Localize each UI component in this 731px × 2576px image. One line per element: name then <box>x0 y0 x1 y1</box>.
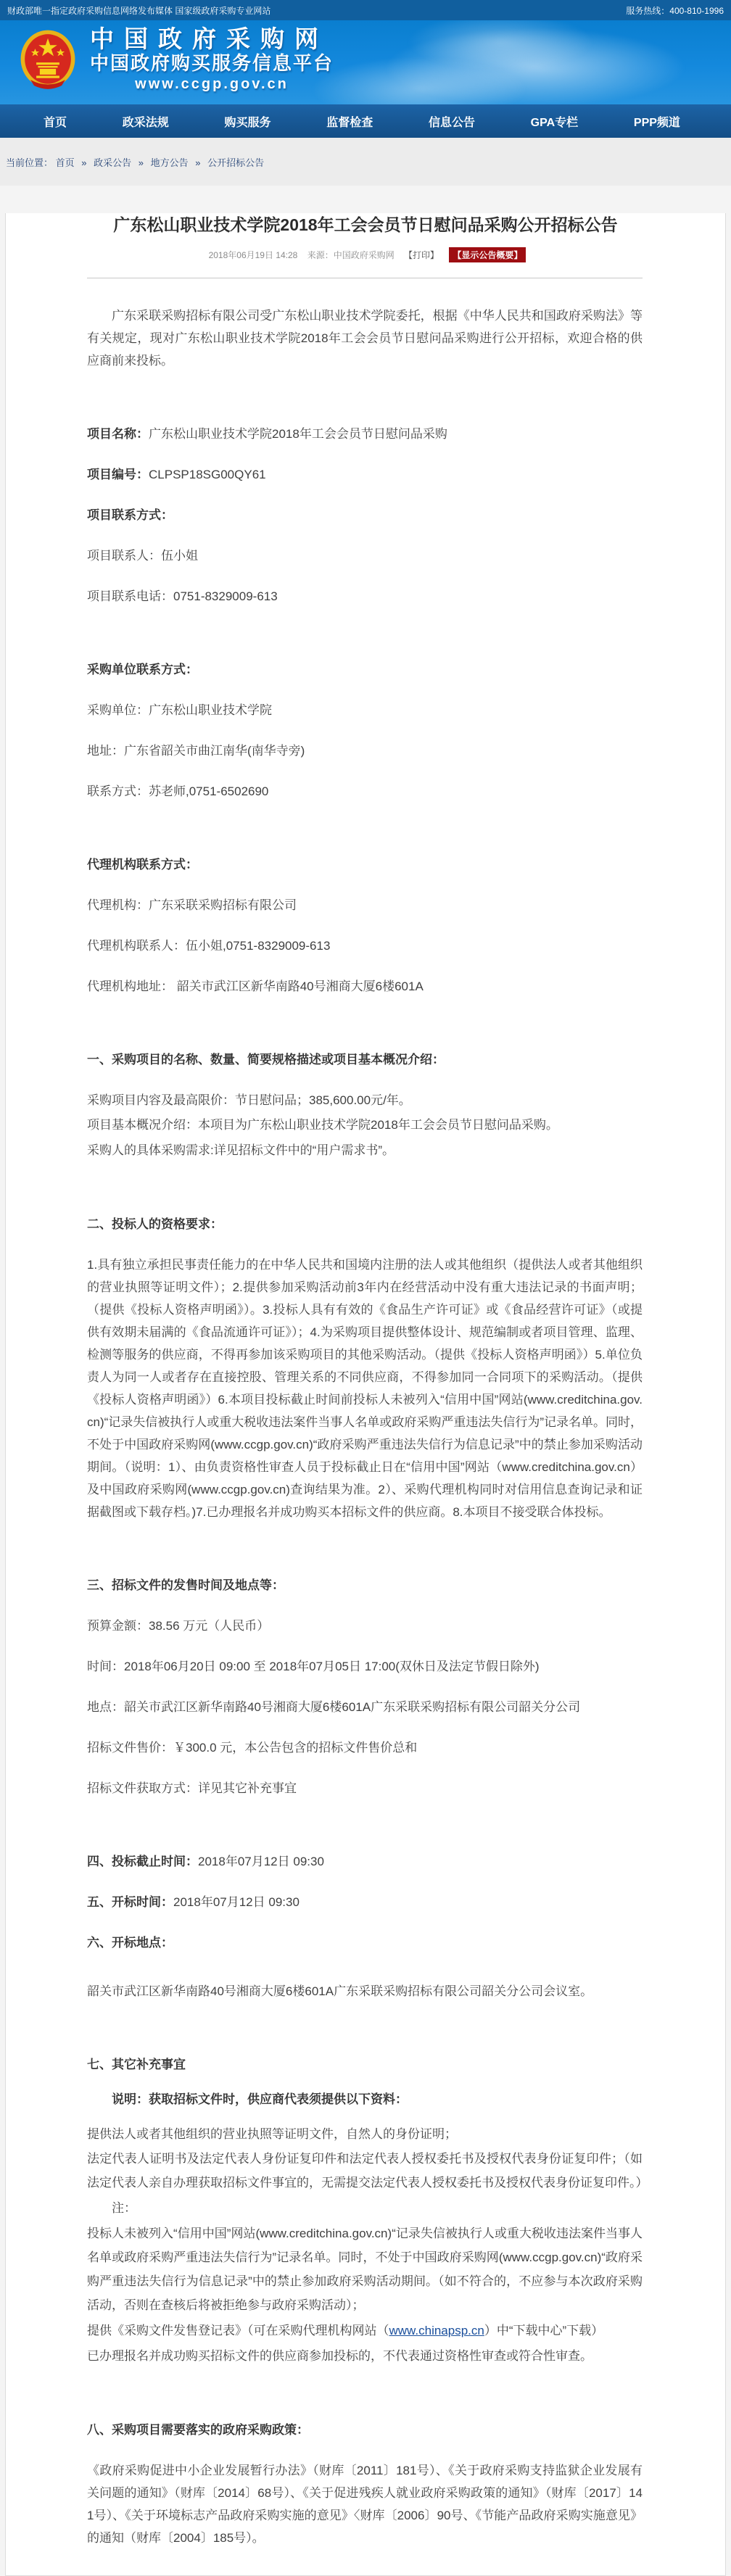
field-label: 项目名称： <box>87 427 149 441</box>
inline-link[interactable]: www.chinapsp.cn <box>389 2324 484 2337</box>
title-divider <box>87 278 643 278</box>
text-run: 项目基本概况介绍：本项目为广东松山职业技术学院2018年工会会员节日慰问品采购。 <box>87 1118 558 1132</box>
article-source: 来源：中国政府采购网 <box>307 250 395 260</box>
text-run: 已办理报名并成功购买招标文件的供应商参加投标的，不代表通过资格性审查或符合性审查… <box>87 2349 592 2363</box>
field-label: 五、开标时间： <box>87 1895 173 1909</box>
purchaser-name: 采购单位：广东松山职业技术学院 <box>87 699 643 721</box>
content-and-price-limit: 采购项目内容及最高限价：节日慰问品；385,600.00元/年。 <box>87 1089 643 1111</box>
text-run: 投标人未被列入“信用中国”网站(www.creditchina.gov.cn)“… <box>87 2227 643 2312</box>
show-summary-button[interactable]: 【显示公告概要】 <box>449 247 526 262</box>
requirement-note: 采购人的具体采购需求:详见招标文件中的“用户需求书”。 <box>87 1138 643 1162</box>
project-contact-phone: 项目联系电话：0751-8329009-613 <box>87 585 643 608</box>
text-run: 广东松山职业技术学院2018年工会会员节日慰问品采购 <box>149 427 447 441</box>
text-run: 注： <box>112 2201 136 2215</box>
breadcrumb-item-open-tender[interactable]: 公开招标公告 <box>207 157 264 168</box>
text-run: 招标文件获取方式：详见其它补充事宜 <box>87 1781 297 1795</box>
text-run: 一、采购项目的名称、数量、简要规格描述或项目基本概况介绍： <box>87 1053 445 1067</box>
text-run: 代理机构：广东采联采购招标有限公司 <box>87 898 297 912</box>
text-run: 韶关市武江区新华南路40号湘商大厦6楼601A广东采联采购招标有限公司韶关分公司… <box>87 1984 592 1998</box>
text-run: 二、投标人的资格要求： <box>87 1217 223 1231</box>
text-run: 八、采购项目需要落实的政府采购政策： <box>87 2423 309 2437</box>
section-7-heading: 七、其它补充事宜 <box>87 2053 643 2076</box>
text-run: 采购单位联系方式： <box>87 663 198 676</box>
text-run: 时间：2018年06月20日 09:00 至 2018年07月05日 17:00… <box>87 1660 540 1673</box>
budget-amount: 预算金额：38.56 万元（人民币） <box>87 1615 643 1637</box>
text-run: 广东采联采购招标有限公司受广东松山职业技术学院委托，根据《中华人民共和国政府采购… <box>87 309 643 368</box>
purchaser-address: 地址：广东省韶关市曲江南华(南华寺旁) <box>87 740 643 762</box>
text-run: 联系方式：苏老师,0751-6502690 <box>87 784 268 798</box>
article-body: 广东采联采购招标有限公司受广东松山职业技术学院委托，根据《中华人民共和国政府采购… <box>6 305 725 2556</box>
opening-place: 韶关市武江区新华南路40号湘商大厦6楼601A广东采联采购招标有限公司韶关分公司… <box>87 1980 643 2003</box>
text-run: 《政府采购促进中小企业发展暂行办法》（财库〔2011〕181号）、《关于政府采购… <box>87 2464 643 2545</box>
top-utility-bar: 财政部唯一指定政府采购信息网络发布媒体 国家级政府采购专业网站 服务热线：400… <box>0 0 731 20</box>
note-label: 注： <box>87 2196 643 2220</box>
site-title: 中国政府采购网 <box>90 26 334 52</box>
project-number: 项目编号：CLPSP18SG00QY61 <box>87 463 643 486</box>
site-url: www.ccgp.gov.cn <box>90 75 334 94</box>
publish-datetime: 2018年06月19日 14:28 <box>209 250 298 260</box>
supplement-item-1: 提供法人或者其他组织的营业执照等证明文件，自然人的身份证明； <box>87 2123 643 2145</box>
article-meta: 2018年06月19日 14:28 来源：中国政府采购网 【打印】 【显示公告概… <box>6 247 725 262</box>
section-5-heading: 五、开标时间：2018年07月12日 09:30 <box>87 1891 643 1913</box>
section-4-heading: 四、投标截止时间：2018年07月12日 09:30 <box>87 1850 643 1873</box>
text-run: 采购人的具体采购需求:详见招标文件中的“用户需求书”。 <box>87 1143 395 1157</box>
breadcrumb-item-local[interactable]: 地方公告 <box>151 157 189 168</box>
breadcrumb-prefix: 当前位置： <box>6 157 53 168</box>
section-3-heading: 三、招标文件的发售时间及地点等： <box>87 1574 643 1596</box>
agency-address: 代理机构地址： 韶关市武江区新华南路40号湘商大厦6楼601A <box>87 975 643 998</box>
text-run: CLPSP18SG00QY61 <box>149 468 266 481</box>
project-contact-heading: 项目联系方式： <box>87 504 643 526</box>
service-hotline: 服务热线：400-810-1996 <box>626 4 724 17</box>
intro-paragraph: 广东采联采购招标有限公司受广东松山职业技术学院委托，根据《中华人民共和国政府采购… <box>87 305 643 372</box>
text-run: 2018年07月12日 09:30 <box>173 1895 300 1909</box>
text-run: 代理机构联系方式： <box>87 858 198 871</box>
agency-contact-heading: 代理机构联系方式： <box>87 853 643 876</box>
text-run: 1.具有独立承担民事责任能力的在中华人民共和国境内注册的法人或其他组织（提供法人… <box>87 1258 643 1519</box>
text-run: 项目联系人：伍小姐 <box>87 549 198 563</box>
document-price: 招标文件售价：￥300.0 元，本公告包含的招标文件售价总和 <box>87 1736 643 1759</box>
nav-item-home[interactable]: 首页 <box>36 110 74 133</box>
breadcrumb-separator: » <box>81 157 86 168</box>
text-run: 预算金额：38.56 万元（人民币） <box>87 1619 269 1633</box>
text-run: 六、开标地点： <box>87 1936 173 1950</box>
agency-contact-person: 代理机构联系人：伍小姐,0751-8329009-613 <box>87 935 643 957</box>
main-nav: 首页 政采法规 购买服务 监督检查 信息公告 GPA专栏 PPP频道 <box>0 104 731 138</box>
nav-item-gpa[interactable]: GPA专栏 <box>524 110 586 133</box>
text-run: 2018年07月12日 09:30 <box>198 1855 324 1868</box>
text-run: 项目联系电话：0751-8329009-613 <box>87 589 278 603</box>
sale-time: 时间：2018年06月20日 09:00 至 2018年07月05日 17:00… <box>87 1655 643 1678</box>
text-run: 采购项目内容及最高限价：节日慰问品；385,600.00元/年。 <box>87 1093 411 1107</box>
text-run: 提供《采购文件发售登记表》（可在采购代理机构网站（ <box>87 2324 389 2337</box>
nav-item-purchase-service[interactable]: 购买服务 <box>217 110 278 133</box>
site-header: 中国政府采购网 中国政府购买服务信息平台 www.ccgp.gov.cn <box>0 20 731 104</box>
nav-item-announcements[interactable]: 信息公告 <box>421 110 482 133</box>
article-panel: 广东松山职业技术学院2018年工会会员节日慰问品采购公开招标公告 2018年06… <box>5 213 726 2576</box>
text-run: 说明：获取招标文件时，供应商代表须提供以下资料： <box>112 2092 408 2106</box>
supplement-note-heading: 说明：获取招标文件时，供应商代表须提供以下资料： <box>87 2088 643 2111</box>
site-tagline: 财政部唯一指定政府采购信息网络发布媒体 国家级政府采购专业网站 <box>7 4 270 17</box>
national-emblem-icon <box>19 29 77 91</box>
text-run: 七、其它补充事宜 <box>87 2058 186 2071</box>
breadcrumb-item-home[interactable]: 首页 <box>56 157 75 168</box>
text-run: ）中“下载中心”下载） <box>484 2324 603 2337</box>
text-run: 提供法人或者其他组织的营业执照等证明文件，自然人的身份证明； <box>87 2127 457 2141</box>
section-2-heading: 二、投标人的资格要求： <box>87 1213 643 1235</box>
qualification-requirements: 1.具有独立承担民事责任能力的在中华人民共和国境内注册的法人或其他组织（提供法人… <box>87 1254 643 1523</box>
registration-disclaimer: 已办理报名并成功购买招标文件的供应商参加投标的，不代表通过资格性审查或符合性审查… <box>87 2344 643 2368</box>
article-title: 广东松山职业技术学院2018年工会会员节日慰问品采购公开招标公告 <box>35 213 696 236</box>
text-run: 招标文件售价：￥300.0 元，本公告包含的招标文件售价总和 <box>87 1741 417 1755</box>
purchaser-contact: 联系方式：苏老师,0751-6502690 <box>87 780 643 803</box>
text-run: 项目联系方式： <box>87 508 173 522</box>
sale-place: 地点：韶关市武江区新华南路40号湘商大厦6楼601A广东采联采购招标有限公司韶关… <box>87 1696 643 1718</box>
nav-item-supervision[interactable]: 监督检查 <box>319 110 380 133</box>
breadcrumb: 当前位置： 首页 » 政采公告 » 地方公告 » 公开招标公告 <box>6 155 731 169</box>
breadcrumb-separator: » <box>139 157 144 168</box>
project-name: 项目名称：广东松山职业技术学院2018年工会会员节日慰问品采购 <box>87 423 643 445</box>
text-run: 法定代表人证明书及法定代表人身份证复印件和法定代表人授权委托书及授权代表身份证复… <box>87 2152 648 2190</box>
breadcrumb-separator: » <box>195 157 200 168</box>
text-run: 地点：韶关市武江区新华南路40号湘商大厦6楼601A广东采联采购招标有限公司韶关… <box>87 1700 580 1714</box>
document-obtain-method: 招标文件获取方式：详见其它补充事宜 <box>87 1777 643 1800</box>
text-run: 代理机构联系人：伍小姐,0751-8329009-613 <box>87 939 330 953</box>
page: { "topbar": { "tagline": "财政部唯一指定政府采购信息网… <box>0 0 731 2576</box>
purchaser-contact-heading: 采购单位联系方式： <box>87 658 643 681</box>
site-subtitle: 中国政府购买服务信息平台 <box>90 52 334 75</box>
section-1-heading: 一、采购项目的名称、数量、简要规格描述或项目基本概况介绍： <box>87 1048 643 1071</box>
print-button[interactable]: 【打印】 <box>404 250 439 260</box>
nav-item-ppp[interactable]: PPP频道 <box>627 110 687 133</box>
text-run: 三、招标文件的发售时间及地点等： <box>87 1578 284 1592</box>
site-logo[interactable]: 中国政府采购网 中国政府购买服务信息平台 www.ccgp.gov.cn <box>19 26 334 94</box>
supplement-item-2: 法定代表人证明书及法定代表人身份证复印件和法定代表人授权委托书及授权代表身份证复… <box>87 2147 643 2195</box>
site-title-block: 中国政府采购网 中国政府购买服务信息平台 www.ccgp.gov.cn <box>90 26 334 94</box>
section-8-heading: 八、采购项目需要落实的政府采购政策： <box>87 2419 643 2441</box>
project-overview: 项目基本概况介绍：本项目为广东松山职业技术学院2018年工会会员节日慰问品采购。 <box>87 1113 643 1137</box>
text-run: 地址：广东省韶关市曲江南华(南华寺旁) <box>87 744 305 758</box>
field-label: 四、投标截止时间： <box>87 1855 198 1868</box>
section-6-heading: 六、开标地点： <box>87 1931 643 1954</box>
text-run: 采购单位：广东松山职业技术学院 <box>87 703 272 717</box>
text-run: 代理机构地址： 韶关市武江区新华南路40号湘商大厦6楼601A <box>87 980 424 993</box>
field-label: 项目编号： <box>87 468 149 481</box>
registration-form-note: 提供《采购文件发售登记表》（可在采购代理机构网站（www.chinapsp.cn… <box>87 2319 643 2343</box>
policy-list: 《政府采购促进中小企业发展暂行办法》（财库〔2011〕181号）、《关于政府采购… <box>87 2459 643 2549</box>
agency-name: 代理机构：广东采联采购招标有限公司 <box>87 894 643 916</box>
note-text: 投标人未被列入“信用中国”网站(www.creditchina.gov.cn)“… <box>87 2221 643 2317</box>
breadcrumb-item-announcements[interactable]: 政采公告 <box>94 157 131 168</box>
breadcrumb-band: 当前位置： 首页 » 政采公告 » 地方公告 » 公开招标公告 <box>0 138 731 186</box>
nav-item-regulations[interactable]: 政采法规 <box>115 110 176 133</box>
project-contact-person: 项目联系人：伍小姐 <box>87 544 643 567</box>
